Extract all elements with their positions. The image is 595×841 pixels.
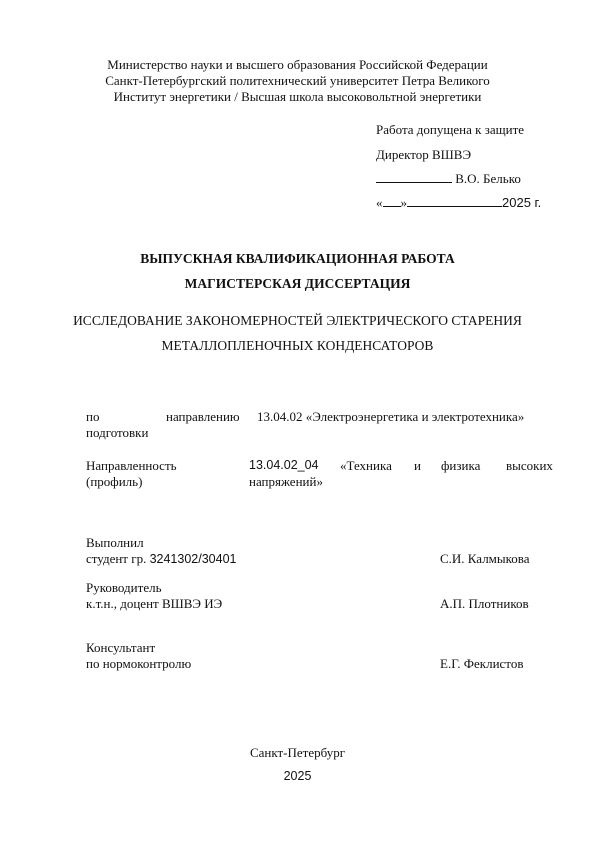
performer-title: студент гр. 3241302/30401	[86, 551, 236, 567]
footer-city: Санкт-Петербург	[0, 745, 595, 761]
performer-role: Выполнил	[86, 535, 144, 551]
approval-line: Работа допущена к защите	[376, 122, 524, 138]
performer-title-prefix: студент гр.	[86, 551, 150, 566]
institute-line: Институт энергетики / Высшая школа высок…	[0, 89, 595, 105]
performer-group: 3241302/30401	[150, 552, 237, 566]
profile-code: 13.04.02_04	[249, 458, 319, 472]
ministry-line: Министерство науки и высшего образования…	[0, 57, 595, 73]
approval-date-line: «»2025 г.	[376, 195, 541, 211]
direction-label-line2: подготовки	[86, 425, 148, 441]
consultant-name: Е.Г. Феклистов	[440, 656, 523, 672]
consultant-title: по нормоконтролю	[86, 656, 191, 672]
work-type-heading: ВЫПУСКНАЯ КВАЛИФИКАЦИОННАЯ РАБОТА	[0, 251, 595, 267]
approval-year: 2025 г.	[502, 195, 541, 210]
signature-blank	[376, 171, 452, 183]
supervisor-role: Руководитель	[86, 580, 162, 596]
director-signature-line: В.О. Белько	[376, 171, 521, 187]
consultant-role: Консультант	[86, 640, 155, 656]
topic-line-2: МЕТАЛЛОПЛЕНОЧНЫХ КОНДЕНСАТОРОВ	[0, 338, 595, 354]
topic-line-1: ИССЛЕДОВАНИЕ ЗАКОНОМЕРНОСТЕЙ ЭЛЕКТРИЧЕСК…	[0, 313, 595, 329]
direction-value: 13.04.02 «Электроэнергетика и электротех…	[257, 409, 524, 425]
supervisor-name: А.П. Плотников	[440, 596, 529, 612]
footer-year: 2025	[0, 769, 595, 783]
director-line: Директор ВШВЭ	[376, 147, 471, 163]
director-name: В.О. Белько	[455, 171, 521, 186]
day-blank	[383, 195, 401, 207]
profile-label-line2: (профиль)	[86, 474, 142, 490]
direction-label-word1: по	[86, 409, 99, 425]
profile-label-line1: Направленность	[86, 458, 177, 474]
profile-word-2: и	[414, 458, 421, 474]
performer-name: С.И. Калмыкова	[440, 551, 530, 567]
supervisor-title: к.т.н., доцент ВШВЭ ИЭ	[86, 596, 222, 612]
profile-word-1: «Техника	[340, 458, 392, 474]
direction-label-word2: направлению	[166, 409, 240, 425]
profile-line2: напряжений»	[249, 474, 323, 490]
degree-heading: МАГИСТЕРСКАЯ ДИССЕРТАЦИЯ	[0, 276, 595, 292]
university-line: Санкт-Петербургский политехнический унив…	[0, 73, 595, 89]
profile-word-3: физика	[441, 458, 480, 474]
profile-word-4: высоких	[506, 458, 553, 474]
month-blank	[407, 195, 502, 207]
